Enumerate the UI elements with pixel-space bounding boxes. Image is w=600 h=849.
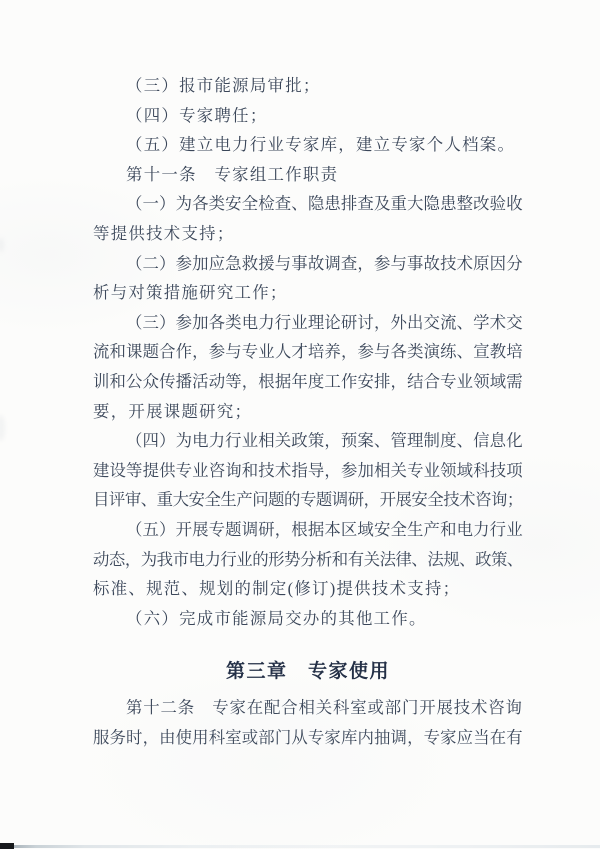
text-line: 目评审、重大安全生产问题的专题调研，开展安全技术咨询； xyxy=(93,485,523,515)
text-line: （六）完成市能源局交办的其他工作。 xyxy=(93,604,523,634)
body-text-block: （三）报市能源局审批；（四）专家聘任；（五）建立电力行业专家库，建立专家个人档案… xyxy=(93,71,523,633)
text-line: 训和公众传播活动等，根据年度工作安排，结合专业领域需 xyxy=(93,367,523,397)
scan-artifact-corner-mark xyxy=(0,843,14,849)
scan-smudge xyxy=(0,415,5,441)
text-line: 析与对策措施研究工作； xyxy=(93,278,523,308)
text-line: 建设等提供专业咨询和技术指导，参加相关专业领域科技项 xyxy=(93,456,523,486)
text-line: 动态，为我市电力行业的形势分析和有关法律、法规、政策、 xyxy=(93,545,523,575)
text-line: （五）开展专题调研，根据本区域安全生产和电力行业 xyxy=(93,515,523,545)
text-line: 标准、规范、规划的制定(修订)提供技术支持； xyxy=(93,574,523,604)
text-line: （四）专家聘任； xyxy=(93,101,523,131)
text-line: （五）建立电力行业专家库，建立专家个人档案。 xyxy=(93,130,523,160)
document-page: （三）报市能源局审批；（四）专家聘任；（五）建立电力行业专家库，建立专家个人档案… xyxy=(0,0,600,849)
text-line: 第十一条 专家组工作职责 xyxy=(93,160,523,190)
text-line: 流和课题合作，参与专业人才培养，参与各类演练、宣教培 xyxy=(93,337,523,367)
text-line: （三）报市能源局审批； xyxy=(93,71,523,101)
text-line: （三）参加各类电力行业理论研讨，外出交流、学术交 xyxy=(93,308,523,338)
text-line: 要，开展课题研究； xyxy=(93,397,523,427)
text-line: （二）参加应急救援与事故调查，参与事故技术原因分 xyxy=(93,249,523,279)
chapter-heading: 第三章 专家使用 xyxy=(93,657,523,687)
text-line: 第十二条 专家在配合相关科室或部门开展技术咨询 xyxy=(93,693,523,723)
scan-smudge xyxy=(0,238,4,252)
chapter-text-block: 第十二条 专家在配合相关科室或部门开展技术咨询服务时，由使用科室或部门从专家库内… xyxy=(93,693,523,752)
text-line: 服务时，由使用科室或部门从专家库内抽调，专家应当在有 xyxy=(93,723,523,753)
text-line: 等提供技术支持； xyxy=(93,219,523,249)
text-line: （四）为电力行业相关政策，预案、管理制度、信息化 xyxy=(93,426,523,456)
scan-artifact-bottom-edge xyxy=(0,845,600,848)
text-line: （一）为各类安全检查、隐患排查及重大隐患整改验收 xyxy=(93,189,523,219)
